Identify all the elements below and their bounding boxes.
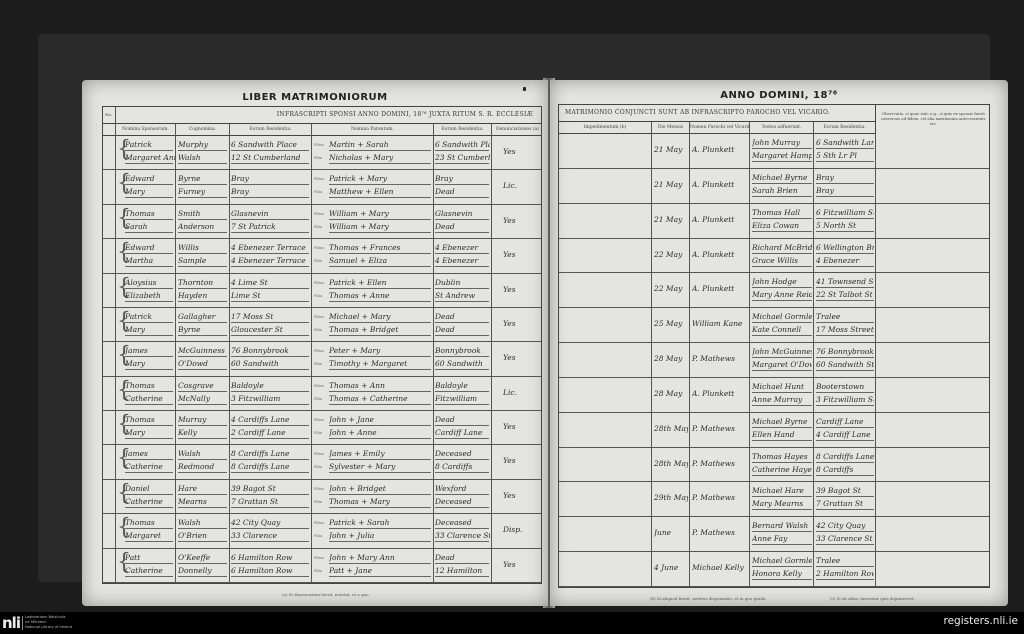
entry-underline <box>816 475 874 476</box>
entry-underline <box>125 232 173 233</box>
filio-label: Filius <box>314 143 324 147</box>
entry-underline <box>329 288 431 289</box>
witness-cell: Ellen Hand <box>752 430 812 439</box>
filio-label: Filius <box>314 418 324 422</box>
filio-label: Filia <box>314 225 322 229</box>
witness-residence-cell: Bray <box>816 186 874 195</box>
names-cell: James <box>125 449 175 458</box>
entry-underline <box>125 335 173 336</box>
witness-cell: Michael Gormley <box>752 312 812 321</box>
filio-label: Filius <box>314 315 324 319</box>
entry-underline <box>231 356 309 357</box>
filio-label: Filius <box>314 452 324 456</box>
left-page: LIBER MATRIMONIORUM No. INFRASCRIPTI SPO… <box>82 80 548 606</box>
witness-cell: Thomas Hayes <box>752 452 812 461</box>
entry-underline <box>125 197 173 198</box>
residence-cell: Bray <box>231 187 309 196</box>
banns-cell: Yes <box>503 422 539 431</box>
nli-logo[interactable]: nli <box>2 614 20 632</box>
residence-cell: 42 City Quay <box>231 518 309 527</box>
table-row: 29th MayP. MathewsMichael Hare39 Bagot S… <box>559 482 989 517</box>
number-column-header: No. <box>105 112 112 117</box>
filio-label: Filius <box>314 349 324 353</box>
entry-underline <box>816 509 874 510</box>
column-header: Eorum Residentia. <box>433 124 491 136</box>
entry-underline <box>231 438 309 439</box>
entry-underline <box>125 494 173 495</box>
priest-cell: William Kane <box>692 319 748 328</box>
entry-underline <box>329 266 431 267</box>
entry-underline <box>125 472 173 473</box>
names-cell: Patrick <box>125 312 175 321</box>
witness-residence-cell: 7 Grattan St <box>816 499 874 508</box>
entry-underline <box>752 370 812 371</box>
footnote-b: (b) Si aliquod fuerit, notetur dispensat… <box>650 596 767 601</box>
entry-underline <box>435 541 489 542</box>
banns-cell: Yes <box>503 250 539 259</box>
banns-cell: Lic. <box>503 181 539 190</box>
surnames-cell: Sample <box>178 256 228 265</box>
entry-underline <box>752 322 812 323</box>
page-mark <box>523 87 526 91</box>
entry-underline <box>231 425 309 426</box>
names-cell: Catherine <box>125 566 175 575</box>
entry-underline <box>329 528 431 529</box>
table-row: {DanielHare39 Bagot StJohn + BridgetWexf… <box>103 480 541 514</box>
witness-cell: Margaret Hampton <box>752 151 812 160</box>
entry-underline <box>752 231 812 232</box>
entry-underline <box>752 579 812 580</box>
witness-residence-cell: Tralee <box>816 312 874 321</box>
witness-residence-cell: Tralee <box>816 556 874 565</box>
entry-underline <box>435 507 489 508</box>
names-cell: Thomas <box>125 518 175 527</box>
parent-residence-cell: St Andrew <box>435 291 490 300</box>
entry-underline <box>231 150 309 151</box>
residence-cell: 2 Cardiff Lane <box>231 428 309 437</box>
banns-cell: Yes <box>503 456 539 465</box>
witness-cell: Thomas Hall <box>752 208 812 217</box>
entry-underline <box>329 197 431 198</box>
table-row: 4 JuneMichael KellyMichael GormleyTralee… <box>559 552 989 587</box>
table-row: {JamesWalsh8 Cardiffs LaneJames + EmilyD… <box>103 445 541 479</box>
entry-underline <box>752 266 812 267</box>
entry-underline <box>125 266 173 267</box>
witness-residence-cell: Cardiff Lane <box>816 417 874 426</box>
names-cell: Martha <box>125 256 175 265</box>
priest-cell: P. Mathews <box>692 459 748 468</box>
entry-underline <box>752 300 812 301</box>
names-cell: Catherine <box>125 497 175 506</box>
residence-cell: Lime St <box>231 291 309 300</box>
witness-cell: John McGuinness <box>752 347 812 356</box>
names-cell: Margaret Anne <box>125 153 175 162</box>
entry-underline <box>329 404 431 405</box>
entry-underline <box>435 150 489 151</box>
entry-underline <box>231 459 309 460</box>
banns-cell: Yes <box>503 491 539 500</box>
filio-label: Filia <box>314 397 322 401</box>
witness-residence-cell: 6 Wellington Bray <box>816 243 874 252</box>
surnames-cell: Mearns <box>178 497 228 506</box>
witness-cell: Eliza Cowan <box>752 221 812 230</box>
entry-underline <box>752 475 812 476</box>
register-book: LIBER MATRIMONIORUM No. INFRASCRIPTI SPO… <box>38 34 990 582</box>
parent-residence-cell: 23 St Cumberland <box>435 153 490 162</box>
residence-cell: 6 Hamilton Row <box>231 553 309 562</box>
table-row: 25 MayWilliam KaneMichael GormleyTraleeK… <box>559 308 989 343</box>
surnames-cell: Walsh <box>178 518 228 527</box>
image-viewer: LIBER MATRIMONIORUM No. INFRASCRIPTI SPO… <box>0 0 1024 612</box>
surnames-cell: McGuinness <box>178 346 228 355</box>
parents-cell: Matthew + Ellen <box>329 187 431 196</box>
names-cell: Catherine <box>125 394 175 403</box>
parents-cell: Samuel + Eliza <box>329 256 431 265</box>
date-cell: 21 May <box>654 180 688 189</box>
column-header: Die Mensis <box>651 122 689 134</box>
residence-cell: 60 Sandwith <box>231 359 309 368</box>
entry-underline <box>435 322 489 323</box>
entry-underline <box>816 427 874 428</box>
entry-underline <box>178 301 227 302</box>
parent-residence-cell: Dead <box>435 222 490 231</box>
date-cell: 28 May <box>654 354 688 363</box>
date-cell: 22 May <box>654 284 688 293</box>
residence-cell: 7 St Patrick <box>231 222 309 231</box>
entry-underline <box>435 459 489 460</box>
parent-residence-cell: Wexford <box>435 484 490 493</box>
priest-cell: P. Mathews <box>692 424 748 433</box>
filio-label: Filia <box>314 569 322 573</box>
entry-underline <box>125 438 173 439</box>
witness-residence-cell: 3 Fitzwilliam Sq <box>816 395 874 404</box>
names-cell: Aloysius <box>125 278 175 287</box>
entry-underline <box>178 232 227 233</box>
names-cell: Thomas <box>125 415 175 424</box>
entry-underline <box>435 184 489 185</box>
entry-underline <box>816 496 874 497</box>
surnames-cell: Walsh <box>178 449 228 458</box>
entry-underline <box>816 566 874 567</box>
entry-underline <box>816 335 874 336</box>
entry-underline <box>752 531 812 532</box>
entry-underline <box>329 472 431 473</box>
entry-underline <box>329 507 431 508</box>
entry-underline <box>752 161 812 162</box>
entry-underline <box>752 287 812 288</box>
entry-underline <box>125 404 173 405</box>
entry-underline <box>435 494 489 495</box>
entry-underline <box>125 288 173 289</box>
entry-underline <box>329 150 431 151</box>
witness-cell: Michael Hunt <box>752 382 812 391</box>
entry-underline <box>178 404 227 405</box>
entry-underline <box>435 288 489 289</box>
entry-underline <box>178 253 227 254</box>
names-cell: Mary <box>125 428 175 437</box>
entry-underline <box>816 392 874 393</box>
surnames-cell: O'Keeffe <box>178 553 228 562</box>
entry-underline <box>435 391 489 392</box>
entry-underline <box>125 459 173 460</box>
filio-label: Filia <box>314 294 322 298</box>
witness-cell: Richard McBride <box>752 243 812 252</box>
witness-residence-cell: 4 Ebenezer <box>816 256 874 265</box>
surnames-cell: McNally <box>178 394 228 403</box>
table-header-line: MATRIMONIO CONJUNCTI SUNT AB INFRASCRIPT… <box>559 105 875 122</box>
witness-cell: Honora Kelly <box>752 569 812 578</box>
entry-underline <box>752 148 812 149</box>
parent-residence-cell: Dead <box>435 312 490 321</box>
parents-cell: Thomas + Anne <box>329 291 431 300</box>
entry-underline <box>816 531 874 532</box>
entry-underline <box>178 438 227 439</box>
parent-residence-cell: Fitzwilliam <box>435 394 490 403</box>
column-header: Nomina Sponsorum. <box>115 124 175 136</box>
residence-cell: Baldoyle <box>231 381 309 390</box>
entry-underline <box>178 163 227 164</box>
entry-underline <box>816 405 874 406</box>
entry-underline <box>816 287 874 288</box>
filio-label: Filius <box>314 212 324 216</box>
marriage-table-right: MATRIMONIO CONJUNCTI SUNT AB INFRASCRIPT… <box>558 104 990 588</box>
names-cell: Thomas <box>125 209 175 218</box>
entry-underline <box>231 253 309 254</box>
entry-underline <box>816 579 874 580</box>
parent-residence-cell: 4 Ebenezer <box>435 256 490 265</box>
banns-cell: Yes <box>503 353 539 362</box>
witness-cell: John Murray <box>752 138 812 147</box>
header-text: INFRASCRIPTI SPONSI ANNO DOMINI, 18⁷⁶ JU… <box>277 111 533 118</box>
banns-cell: Yes <box>503 319 539 328</box>
entry-underline <box>178 472 227 473</box>
entry-underline <box>752 427 812 428</box>
witness-cell: Grace Willis <box>752 256 812 265</box>
witness-residence-cell: 5 Sth Lr Pl <box>816 151 874 160</box>
parents-cell: Peter + Mary <box>329 346 431 355</box>
surnames-cell: Cosgrave <box>178 381 228 390</box>
filio-label: Filia <box>314 190 322 194</box>
residence-cell: 6 Sandwith Place <box>231 140 309 149</box>
filio-label: Filius <box>314 177 324 181</box>
entry-underline <box>231 507 309 508</box>
entry-underline <box>329 541 431 542</box>
surnames-cell: Willis <box>178 243 228 252</box>
parents-cell: John + Julia <box>329 531 431 540</box>
entry-underline <box>178 197 227 198</box>
parent-residence-cell: Cardiff Lane <box>435 428 490 437</box>
surnames-cell: Walsh <box>178 153 228 162</box>
parent-residence-cell: Deceased <box>435 518 490 527</box>
entry-underline <box>435 528 489 529</box>
entry-underline <box>816 231 874 232</box>
parent-residence-cell: Dead <box>435 325 490 334</box>
column-header: Eorum Residentia. <box>229 124 311 136</box>
entry-underline <box>329 335 431 336</box>
residence-cell: 4 Ebenezer Terrace <box>231 243 309 252</box>
banns-cell: Yes <box>503 560 539 569</box>
column-headers: Nomina Sponsorum.Cognomina.Eorum Residen… <box>103 124 541 136</box>
table-row: 21 MayA. PlunkettMichael ByrneBraySarah … <box>559 169 989 204</box>
filio-label: Filius <box>314 556 324 560</box>
entry-underline <box>329 438 431 439</box>
entry-underline <box>231 576 309 577</box>
residence-cell: 12 St Cumberland <box>231 153 309 162</box>
parent-residence-cell: Dublin <box>435 278 490 287</box>
marriage-table-left: No. INFRASCRIPTI SPONSI ANNO DOMINI, 18⁷… <box>102 106 542 584</box>
entry-underline <box>752 405 812 406</box>
entry-underline <box>435 266 489 267</box>
witness-cell: Michael Byrne <box>752 417 812 426</box>
entry-underline <box>329 494 431 495</box>
entry-underline <box>816 148 874 149</box>
entry-underline <box>435 369 489 370</box>
witness-residence-cell: 6 Fitzwilliam Sq <box>816 208 874 217</box>
date-cell: 22 May <box>654 250 688 259</box>
entry-underline <box>816 357 874 358</box>
surnames-cell: O'Dowd <box>178 359 228 368</box>
surnames-cell: Anderson <box>178 222 228 231</box>
table-row: 28 MayP. MathewsJohn McGuinness76 Bonnyb… <box>559 343 989 378</box>
witness-cell: Catherine Hayes <box>752 465 812 474</box>
priest-cell: A. Plunkett <box>692 215 748 224</box>
parents-cell: John + Anne <box>329 428 431 437</box>
parents-cell: John + Jane <box>329 415 431 424</box>
entry-underline <box>231 404 309 405</box>
column-header: Testes adfuerunt. <box>749 122 813 134</box>
entry-underline <box>435 563 489 564</box>
witness-residence-cell: 6 Sandwith Lane <box>816 138 874 147</box>
entry-underline <box>816 440 874 441</box>
column-header: Nomen Parochi vel Vicarii (c) <box>689 122 749 134</box>
page-title: LIBER MATRIMONIORUM <box>82 92 548 103</box>
entry-underline <box>125 219 173 220</box>
names-cell: Patrick <box>125 140 175 149</box>
witness-cell: Mary Mearns <box>752 499 812 508</box>
entry-underline <box>178 576 227 577</box>
table-row: {ThomasMurray4 Cardiffs LaneJohn + JaneD… <box>103 411 541 445</box>
site-link[interactable]: registers.nli.ie <box>943 615 1018 627</box>
parents-cell: Thomas + Bridget <box>329 325 431 334</box>
names-cell: Sarah <box>125 222 175 231</box>
parent-residence-cell: Dead <box>435 415 490 424</box>
column-header: Nomina Parentum. <box>311 124 433 136</box>
parents-cell: James + Emily <box>329 449 431 458</box>
witness-residence-cell: 4 Cardiff Lane <box>816 430 874 439</box>
parent-residence-cell: Baldoyle <box>435 381 490 390</box>
parent-residence-cell: Deceased <box>435 497 490 506</box>
names-cell: Mary <box>125 325 175 334</box>
date-cell: 21 May <box>654 145 688 154</box>
entry-underline <box>178 391 227 392</box>
entry-underline <box>125 356 173 357</box>
names-cell: Thomas <box>125 381 175 390</box>
filio-label: Filia <box>314 259 322 263</box>
residence-cell: Gloucester St <box>231 325 309 334</box>
names-cell: Catherine <box>125 462 175 471</box>
table-row: {PatrickGallagher17 Moss StMichael + Mar… <box>103 308 541 342</box>
entry-underline <box>329 163 431 164</box>
witness-cell: Michael Gormley <box>752 556 812 565</box>
entry-underline <box>178 266 227 267</box>
parent-residence-cell: 12 Hamilton <box>435 566 490 575</box>
entry-underline <box>178 335 227 336</box>
date-cell: 29th May <box>654 493 688 502</box>
entry-underline <box>231 301 309 302</box>
footnote-c: (c) Si sit alius, inseratur quis deputav… <box>830 596 915 601</box>
entry-underline <box>231 163 309 164</box>
entry-underline <box>231 472 309 473</box>
filio-label: Filia <box>314 500 322 504</box>
banns-cell: Yes <box>503 285 539 294</box>
parent-residence-cell: Glasnevin <box>435 209 490 218</box>
residence-cell: 3 Fitzwilliam <box>231 394 309 403</box>
date-cell: 21 May <box>654 215 688 224</box>
parents-cell: William + Mary <box>329 222 431 231</box>
table-row: {AloysiusThornton4 Lime StPatrick + Elle… <box>103 274 541 308</box>
parents-cell: Thomas + Mary <box>329 497 431 506</box>
page-title: ANNO DOMINI, 18⁷⁶ <box>550 90 1008 101</box>
entry-underline <box>816 300 874 301</box>
entry-underline <box>178 322 227 323</box>
entry-underline <box>231 184 309 185</box>
surnames-cell: Murphy <box>178 140 228 149</box>
parents-cell: Patrick + Ellen <box>329 278 431 287</box>
entry-underline <box>178 528 227 529</box>
entry-underline <box>816 161 874 162</box>
witness-cell: Bernard Walsh <box>752 521 812 530</box>
parent-residence-cell: Bray <box>435 174 490 183</box>
parents-cell: John + Bridget <box>329 484 431 493</box>
entry-underline <box>231 322 309 323</box>
entry-underline <box>231 266 309 267</box>
table-row: JuneP. MathewsBernard Walsh42 City QuayA… <box>559 517 989 552</box>
names-cell: Patt <box>125 553 175 562</box>
priest-cell: A. Plunkett <box>692 250 748 259</box>
parent-residence-cell: 4 Ebenezer <box>435 243 490 252</box>
witness-cell: John Hodge <box>752 277 812 286</box>
parents-cell: Sylvester + Mary <box>329 462 431 471</box>
entry-underline <box>816 196 874 197</box>
witness-cell: Anne Fay <box>752 534 812 543</box>
entry-underline <box>816 544 874 545</box>
entry-underline <box>435 163 489 164</box>
entry-underline <box>329 576 431 577</box>
entry-underline <box>178 356 227 357</box>
entry-underline <box>329 219 431 220</box>
entry-underline <box>329 322 431 323</box>
banns-cell: Yes <box>503 216 539 225</box>
table-row: 21 MayA. PlunkettThomas Hall6 Fitzwillia… <box>559 204 989 239</box>
parents-cell: Patt + Jane <box>329 566 431 575</box>
entry-underline <box>752 509 812 510</box>
entry-underline <box>816 370 874 371</box>
entry-underline <box>329 184 431 185</box>
parents-cell: Michael + Mary <box>329 312 431 321</box>
entry-underline <box>435 356 489 357</box>
entry-underline <box>816 218 874 219</box>
date-cell: 28 May <box>654 389 688 398</box>
parent-residence-cell: Dead <box>435 187 490 196</box>
witness-residence-cell: Bray <box>816 173 874 182</box>
priest-cell: P. Mathews <box>692 493 748 502</box>
names-cell: Margaret <box>125 531 175 540</box>
entry-underline <box>752 218 812 219</box>
entry-underline <box>329 459 431 460</box>
entry-underline <box>125 163 173 164</box>
entry-underline <box>329 369 431 370</box>
entry-underline <box>435 219 489 220</box>
